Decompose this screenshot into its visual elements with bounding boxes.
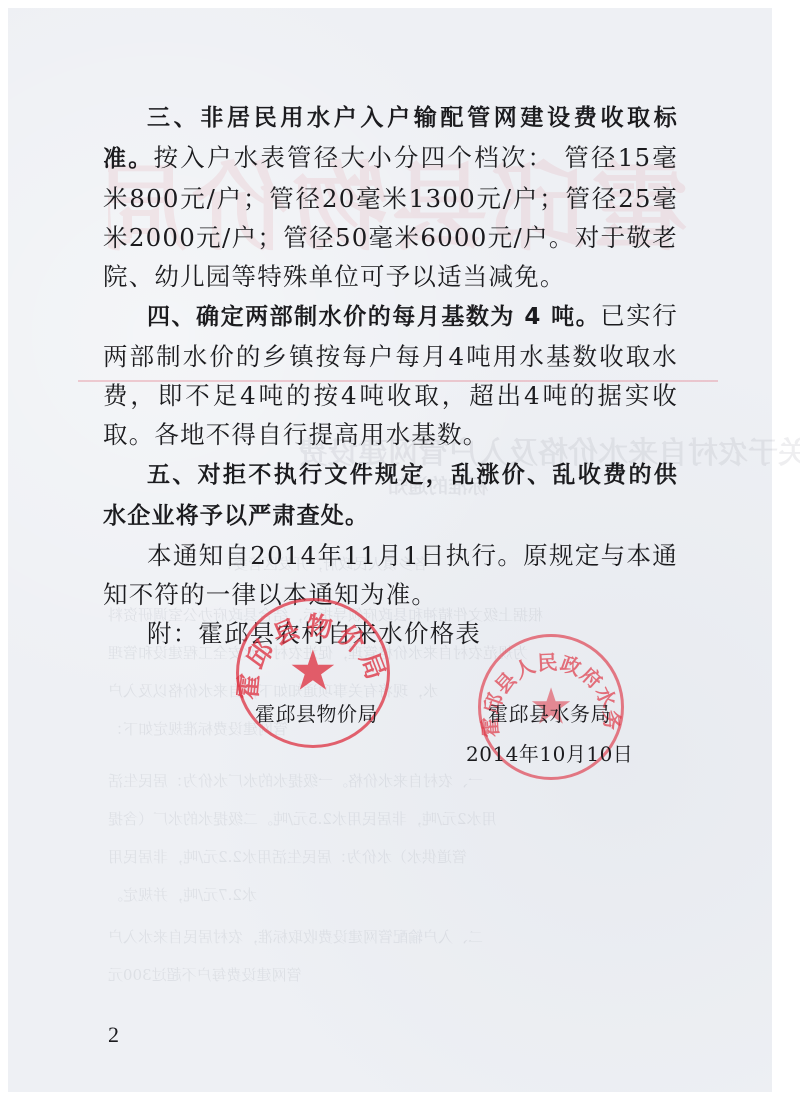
paragraph-item-3-fee-standard: 三、非居民用水户入户输配管网建设费收取标准。按入户水表管径大小分四个档次： 管径… (103, 97, 678, 296)
issue-date: 2014年10月10日 (466, 738, 633, 767)
document-body: 三、非居民用水户入户输配管网建设费收取标准。按入户水表管径大小分四个档次： 管径… (103, 97, 678, 653)
paragraph-effective-date: 本通知自2014年11月1日执行。原规定与本通知不符的一律以本通知为准。 (103, 536, 678, 614)
paragraph-heading: 五、对拒不执行文件规定，乱涨价、乱收费的供水企业将予以严肃查处。 (103, 462, 678, 529)
bleed-through-line: 管网建设费每户不超过300元 (108, 964, 302, 985)
paragraph-item-5-enforcement: 五、对拒不执行文件规定，乱涨价、乱收费的供水企业将予以严肃查处。 (103, 454, 678, 536)
bleed-through-line: 一、农村自来水价格。一级提水的水厂水价为：居民生活 (108, 770, 483, 791)
bleed-through-line: 二、入户输配管网建设费收取标准，农村居民自来水入户 (108, 926, 483, 947)
paragraph-text: 本通知自2014年11月1日执行。原规定与本通知不符的一律以本通知为准。 (103, 541, 678, 609)
page-number: 2 (108, 1022, 119, 1048)
bleed-through-line: 用水2元/吨，非居民用水2.5元/吨。二级提水的水厂（含提 (108, 808, 497, 829)
bleed-through-line: 管道供水）水价为：居民生活用水2.2元/吨，非居民用 (108, 846, 467, 867)
paragraph-heading: 四、确定两部制水价的每月基数为 4 吨。 (147, 304, 600, 330)
issuer-price-bureau: 霍邱县物价局 (255, 698, 378, 727)
paragraph-text: 按入户水表管径大小分四个档次： 管径15毫米800元/户；管径20毫米1300元… (103, 143, 678, 291)
star-icon: ★ (288, 638, 338, 703)
paragraph-item-4-base-tonnage: 四、确定两部制水价的每月基数为 4 吨。已实行两部制水价的乡镇按每户每月4吨用水… (103, 296, 678, 454)
bleed-through-line: 水2.7元/吨，并规定。 (108, 884, 257, 905)
issuer-water-bureau: 霍邱县水务局 (488, 698, 611, 727)
